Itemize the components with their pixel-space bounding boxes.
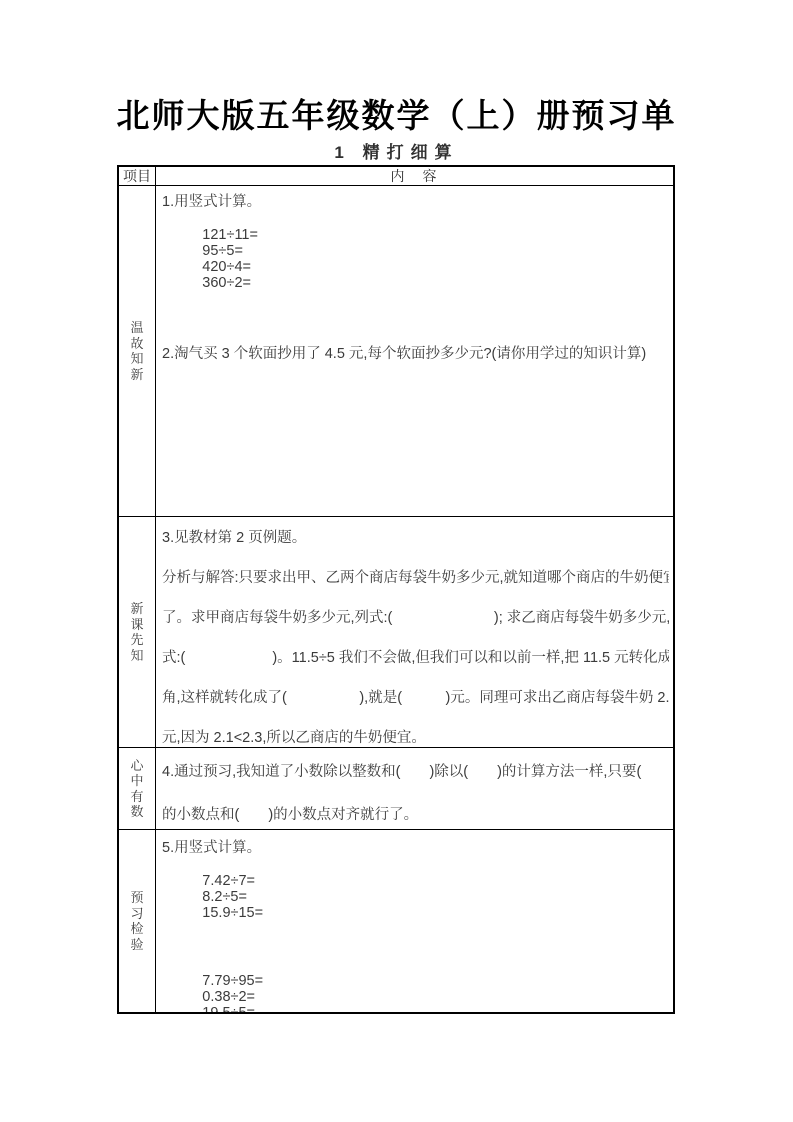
question-4-text: 4.通过预习,我知道了小数除以整数和( )除以( )的计算方法一样,只要( ) … <box>162 751 669 829</box>
text-line: 的小数点和( )的小数点对齐就行了。 <box>162 794 669 829</box>
table-row-review: 温故知新 1.用竖式计算。 121÷11= 95÷5= 420÷4= 360÷2… <box>119 186 673 517</box>
row-label-key-points: 心中有数 <box>130 758 145 820</box>
equation: 7.79÷95= <box>202 973 350 989</box>
row-label-preview-check: 预习检验 <box>130 890 145 952</box>
text-line: 角,这样就转化成了( ),就是( )元。同理可求出乙商店每袋牛奶 2.1 <box>162 678 669 718</box>
question-3-text: 3.见教材第 2 页例题。 分析与解答:只要求出甲、乙两个商店每袋牛奶多少元,就… <box>162 518 669 747</box>
question-5-equations-line2: 7.79÷95= 0.38÷2= 19.5÷5= <box>162 957 669 1012</box>
text-line: 3.见教材第 2 页例题。 <box>162 518 669 558</box>
equation: 95÷5= <box>202 243 276 259</box>
table-row-key-points: 心中有数 4.通过预习,我知道了小数除以整数和( )除以( )的计算方法一样,只… <box>119 748 673 830</box>
question-2-text: 2.淘气买 3 个软面抄用了 4.5 元,每个软面抄多少元?(请你用学过的知识计… <box>162 342 669 363</box>
question-1-equations: 121÷11= 95÷5= 420÷4= 360÷2= <box>162 211 669 307</box>
equation: 0.38÷2= <box>202 989 332 1005</box>
text-line: 4.通过预习,我知道了小数除以整数和( )除以( )的计算方法一样,只要( ) <box>162 751 669 794</box>
equation: 7.42÷7= <box>202 873 350 889</box>
row-label-review: 温故知新 <box>130 320 145 382</box>
text-line: 了。求甲商店每袋牛奶多少元,列式:( ); 求乙商店每袋牛奶多少元,列 <box>162 598 669 638</box>
equation: 360÷2= <box>202 275 251 291</box>
lesson-subtitle: 1 精打细算 <box>0 138 793 163</box>
page-title: 北师大版五年级数学（上）册预习单 <box>0 90 793 137</box>
question-1-text: 1.用竖式计算。 <box>162 190 669 211</box>
header-content-column: 内 容 <box>156 167 673 185</box>
table-header-row: 项目 内 容 <box>119 167 673 186</box>
text-line: 分析与解答:只要求出甲、乙两个商店每袋牛奶多少元,就知道哪个商店的牛奶便宜 <box>162 558 669 598</box>
row-label-new-lesson: 新课先知 <box>130 601 145 663</box>
equation: 8.2÷5= <box>202 889 332 905</box>
preview-worksheet-table: 项目 内 容 温故知新 1.用竖式计算。 121÷11= 95÷5= 420÷4… <box>117 165 675 1014</box>
table-row-preview-check: 预习检验 5.用竖式计算。 7.42÷7= 8.2÷5= 15.9÷15= 7.… <box>119 830 673 1012</box>
equation: 420÷4= <box>202 259 282 275</box>
text-line: 元,因为 2.1<2.3,所以乙商店的牛奶便宜。 <box>162 718 669 747</box>
question-5-text: 5.用竖式计算。 <box>162 836 669 857</box>
equation: 19.5÷5= <box>202 1005 255 1012</box>
header-item-column: 项目 <box>119 167 156 185</box>
table-row-new-lesson: 新课先知 3.见教材第 2 页例题。 分析与解答:只要求出甲、乙两个商店每袋牛奶… <box>119 517 673 748</box>
equation: 121÷11= <box>202 227 297 243</box>
question-5-equations-line1: 7.42÷7= 8.2÷5= 15.9÷15= <box>162 857 669 937</box>
equation: 15.9÷15= <box>202 905 263 921</box>
text-line: 式:( )。11.5÷5 我们不会做,但我们可以和以前一样,把 11.5 元转化… <box>162 638 669 678</box>
